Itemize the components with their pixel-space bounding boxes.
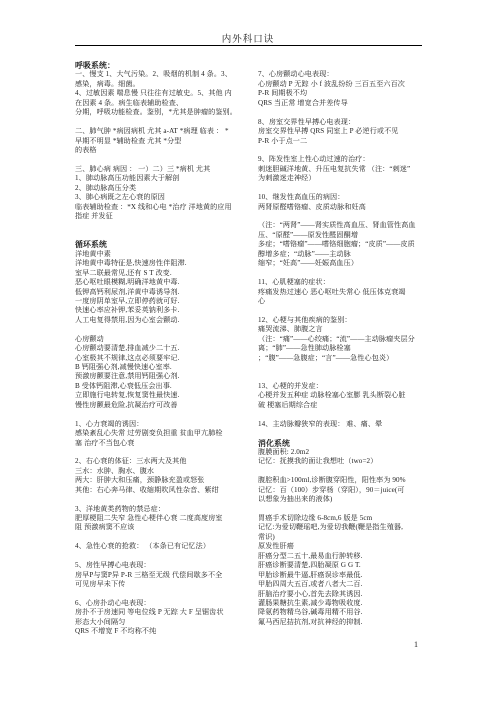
page-title: 内外科口诀 bbox=[0, 31, 496, 45]
text-line: 8、房室交界性早搏心电表现： bbox=[258, 118, 428, 127]
text-line: 三、肺心病 病因 ： 一）二）三 *病机 尤其 bbox=[75, 165, 245, 174]
text-line: 离；“肺”——急性肺动脉栓塞 bbox=[258, 344, 428, 353]
text-line: 洋地黄中素 bbox=[75, 250, 245, 259]
text-line: 可见房早未下传 bbox=[75, 580, 245, 589]
text-line: 9、阵发性室上性心动过速的治疗： bbox=[258, 155, 428, 164]
blank-line bbox=[75, 118, 245, 127]
content-columns: 呼吸系统：一、慢支 1、大气污染。2、吸烟的机制 4 条。3、感染，病毒。细菌。… bbox=[75, 61, 429, 637]
text-line: 心室极其不规律,这点必须要牢记. bbox=[75, 354, 245, 363]
text-line: ；“腹”——急腹症；“言”——急性心包炎） bbox=[258, 354, 428, 363]
text-line: （注：“痛”——心绞痛；“流”——主动脉瘤夹层分 bbox=[258, 335, 428, 344]
text-line: 分期，呼吸功能检查。鉴别，*尤其是肿瘤的鉴别。 bbox=[75, 108, 245, 117]
text-line: 13、心梗的并发症： bbox=[258, 382, 428, 391]
text-line: 肝癌分型二五十,最易血行肿转移. bbox=[258, 552, 428, 561]
text-line: 灌肠果糖抗生素,减少毒物吸收度. bbox=[258, 599, 428, 608]
text-line: 人工电复得禁用,因为心室会颤动. bbox=[75, 316, 245, 325]
text-line: 的表格 bbox=[75, 146, 245, 155]
text-line: 感染，病毒。细菌。 bbox=[75, 80, 245, 89]
text-line: 12、心梗与其他疾病的鉴别： bbox=[258, 316, 428, 325]
text-line: 心房颤动 P 无踪 小 f 波乱纷纷 三百五至六百次 bbox=[258, 80, 428, 89]
blank-line bbox=[258, 505, 428, 514]
text-line: 感染紊乱心失常 过劳剧变负担重 贫血甲亢肺栓 bbox=[75, 429, 245, 438]
text-line: 4、过敏因素 喘息慢 只往往有过敏史。5、其他 内 bbox=[75, 89, 245, 98]
text-line: 早期不明显 *辅助检查 尤其 *分型 bbox=[75, 137, 245, 146]
text-line: 预激房颤要注意,禁用钙阻强心剂. bbox=[75, 372, 245, 381]
text-line: 缩窄；“妊高”——妊娠高血压） bbox=[258, 259, 428, 268]
text-line: 洋地黄中毒特征是,快速房性伴阻滞. bbox=[75, 259, 245, 268]
text-line: 甲胎四周大五百,或者八者大二百. bbox=[258, 580, 428, 589]
text-line: 多症；“嗜铬瘤”——嗜铬细胞瘤；“皮质”——皮质 bbox=[258, 240, 428, 249]
text-line: 记忆：百（100）步穿杨（穿阳），90＝juice(可 bbox=[258, 486, 428, 495]
blank-line bbox=[258, 306, 428, 315]
text-line: 在因素 4 条。病生临表辅助检查、 bbox=[75, 99, 245, 108]
text-line: 甲胎诊断最牛逼,肝癌误诊率最低. bbox=[258, 571, 428, 580]
text-line: 三水：水肿、胸水、腹水 bbox=[75, 467, 245, 476]
text-line: 常识) bbox=[258, 533, 428, 542]
text-line: 肝癌诊断要清楚,四胎凝原 G G T. bbox=[258, 561, 428, 570]
blank-line bbox=[75, 448, 245, 457]
blank-line bbox=[258, 429, 428, 438]
blank-line bbox=[258, 269, 428, 278]
text-line: P-R 间期极不均 bbox=[258, 89, 428, 98]
text-line: 两肾原醛嗜铬瘤、皮质动脉和妊高 bbox=[258, 203, 428, 212]
text-line: 记忆：抚摸我的面让我想吐（two=2） bbox=[258, 457, 428, 466]
text-line: 一度房阴单室早,立即停药就可好. bbox=[75, 297, 245, 306]
text-line: 以想象为抽出来的液体) bbox=[258, 495, 428, 504]
text-line: 7、心房颤动心电表现： bbox=[258, 70, 428, 79]
blank-line bbox=[75, 552, 245, 561]
left-column: 呼吸系统：一、慢支 1、大气污染。2、吸烟的机制 4 条。3、感染，病毒。细菌。… bbox=[75, 61, 245, 637]
text-line: 记忆:为爱切鞭瑶吧,为爱切我鞭(鞭是指生殖器, bbox=[258, 523, 428, 532]
text-line: 快速心率应补钾,苯妥英钠利多卡. bbox=[75, 306, 245, 315]
text-line: 形态大小间隔匀 bbox=[75, 618, 245, 627]
text-line: 为刺激迷走神经） bbox=[258, 174, 428, 183]
text-line: 14、主动脉瓣狭窄的表现： 难、痛、晕 bbox=[258, 420, 428, 429]
text-line: 腹腔积血>100ml,诊断腹穿阳性，阳性率为 90% bbox=[258, 476, 428, 485]
text-line: 两大：肝肿大和压痛，颈静脉充盈或怒张 bbox=[75, 476, 245, 485]
text-line: 二、肺气肿 *病因病机 尤其 a-AT *病理 临表 ： * bbox=[75, 127, 245, 136]
text-line: 4、急性心衰的抢救： （本条已有记忆法） bbox=[75, 542, 245, 551]
blank-line bbox=[258, 184, 428, 193]
blank-line bbox=[258, 146, 428, 155]
text-line: 降氨药物精乌谷,碱毒用精不用谷. bbox=[258, 608, 428, 617]
text-line: 恶心呕吐眼模糊,明确洋地黄中毒. bbox=[75, 278, 245, 287]
text-line: 塞 治疗不当包心衰 bbox=[75, 439, 245, 448]
text-line: 原发性肝癌 bbox=[258, 542, 428, 551]
text-line: 10、继发性高血压的病因： bbox=[258, 193, 428, 202]
blank-line bbox=[75, 410, 245, 419]
text-line: 3、洋地黄类药物的禁忌症： bbox=[75, 505, 245, 514]
text-line: 心 bbox=[258, 297, 428, 306]
text-line: 指症 并发征 bbox=[75, 212, 245, 221]
blank-line bbox=[258, 372, 428, 381]
text-line: 疼痛发热过速心 恶心呕吐失常心 低压体克衰竭 bbox=[258, 288, 428, 297]
text-line: 心梗并发五种症 动脉栓塞心室膨 乳头断裂心脏 bbox=[258, 391, 428, 400]
text-line: 低钾高钙利尿剂,洋黄中毒诱导剂. bbox=[75, 288, 245, 297]
section-heading: 消化系统 bbox=[258, 439, 428, 448]
blank-line bbox=[258, 108, 428, 117]
text-line: 房室交界性早搏 QRS 同室上 P 必逆行或不见 bbox=[258, 127, 428, 136]
text-line: B 受体钙阻滞,心衰低压会出事. bbox=[75, 382, 245, 391]
text-line: 慢性房颤最危险,抗凝治疗可改善 bbox=[75, 401, 245, 410]
text-line: 压、“原醛”——原发性醛固酮增 bbox=[258, 231, 428, 240]
text-line: 2、右心衰的体征：三水两大及其他 bbox=[75, 457, 245, 466]
text-line: 肝脑治疗要小心,首先去除其诱因. bbox=[258, 590, 428, 599]
text-line: 房扑不于房速同 等电位线 P 无踪 大 F 呈锯齿状 bbox=[75, 608, 245, 617]
blank-line bbox=[258, 363, 428, 372]
text-line: 5、房性早搏心电表现： bbox=[75, 561, 245, 570]
text-line: 醇增多症；“动脉”——主动脉 bbox=[258, 250, 428, 259]
text-line: 氟马西尼拮抗剂,对抗神经的抑制. bbox=[258, 618, 428, 627]
section-heading: 循环系统 bbox=[75, 240, 245, 249]
text-line: QRS 当正常 增宽合并差传导 bbox=[258, 99, 428, 108]
blank-line bbox=[75, 590, 245, 599]
text-line: 其他：右心奔马律、收缩期吹风性杂音、紫绀 bbox=[75, 486, 245, 495]
text-line: 2、肺动脉高压分类 bbox=[75, 184, 245, 193]
blank-line bbox=[75, 325, 245, 334]
text-line: （注：“两肾”——肾实质性高血压、肾血管性高血 bbox=[258, 221, 428, 230]
text-line: 一、慢支 1、大气污染。2、吸烟的机制 4 条。3、 bbox=[75, 70, 245, 79]
header-divider bbox=[75, 45, 422, 46]
document-page: 内外科口诀 呼吸系统：一、慢支 1、大气污染。2、吸烟的机制 4 条。3、感染，… bbox=[0, 0, 496, 702]
text-line: 腹膜面积: 2.0m2 bbox=[258, 448, 428, 457]
text-line: P-R 小于点一二 bbox=[258, 137, 428, 146]
blank-line bbox=[258, 410, 428, 419]
text-line: 刺迷胆碱洋地黄、升压电复抗失常 （注：“刺迷” bbox=[258, 165, 428, 174]
blank-line bbox=[75, 495, 245, 504]
text-line: 室早二联最常见,还有 S T 改变. bbox=[75, 269, 245, 278]
blank-line bbox=[75, 221, 245, 230]
text-line: 11、心肌梗塞的症状： bbox=[258, 278, 428, 287]
blank-line bbox=[75, 155, 245, 164]
text-line: 6、心房扑动心电表现： bbox=[75, 599, 245, 608]
blank-line bbox=[75, 231, 245, 240]
text-line: 心房颤动 bbox=[75, 335, 245, 344]
right-column: 7、心房颤动心电表现：心房颤动 P 无踪 小 f 波乱纷纷 三百五至六百次P-R… bbox=[258, 61, 428, 637]
text-line: 阻 预激病窦不应该 bbox=[75, 523, 245, 532]
text-line: 房早P与窦P异 P-R 三格至无级 代偿间歇多不全 bbox=[75, 571, 245, 580]
text-line: 痛哭流涕、肺腹之言 bbox=[258, 325, 428, 334]
text-line: 临表辅助检查 ：*X 线和心电 *治疗 洋地黄的应用 bbox=[75, 203, 245, 212]
text-line: 1、肺动脉高压功能因素大于解剖 bbox=[75, 174, 245, 183]
text-line: QRS 不增宽 F 不均称不纯 bbox=[75, 627, 245, 636]
blank-line bbox=[75, 533, 245, 542]
text-line: 破 梗塞后期综合症 bbox=[258, 401, 428, 410]
text-line: 立即施行电转复,恢复窦性最快速. bbox=[75, 391, 245, 400]
page-number: 1 bbox=[414, 640, 418, 649]
text-line: 心房颤动要清楚,排血减少二十五. bbox=[75, 344, 245, 353]
blank-line bbox=[258, 467, 428, 476]
text-line: 1、心力衰竭的诱因： bbox=[75, 420, 245, 429]
text-line: 3、肺心病既之左心衰的原因 bbox=[75, 193, 245, 202]
